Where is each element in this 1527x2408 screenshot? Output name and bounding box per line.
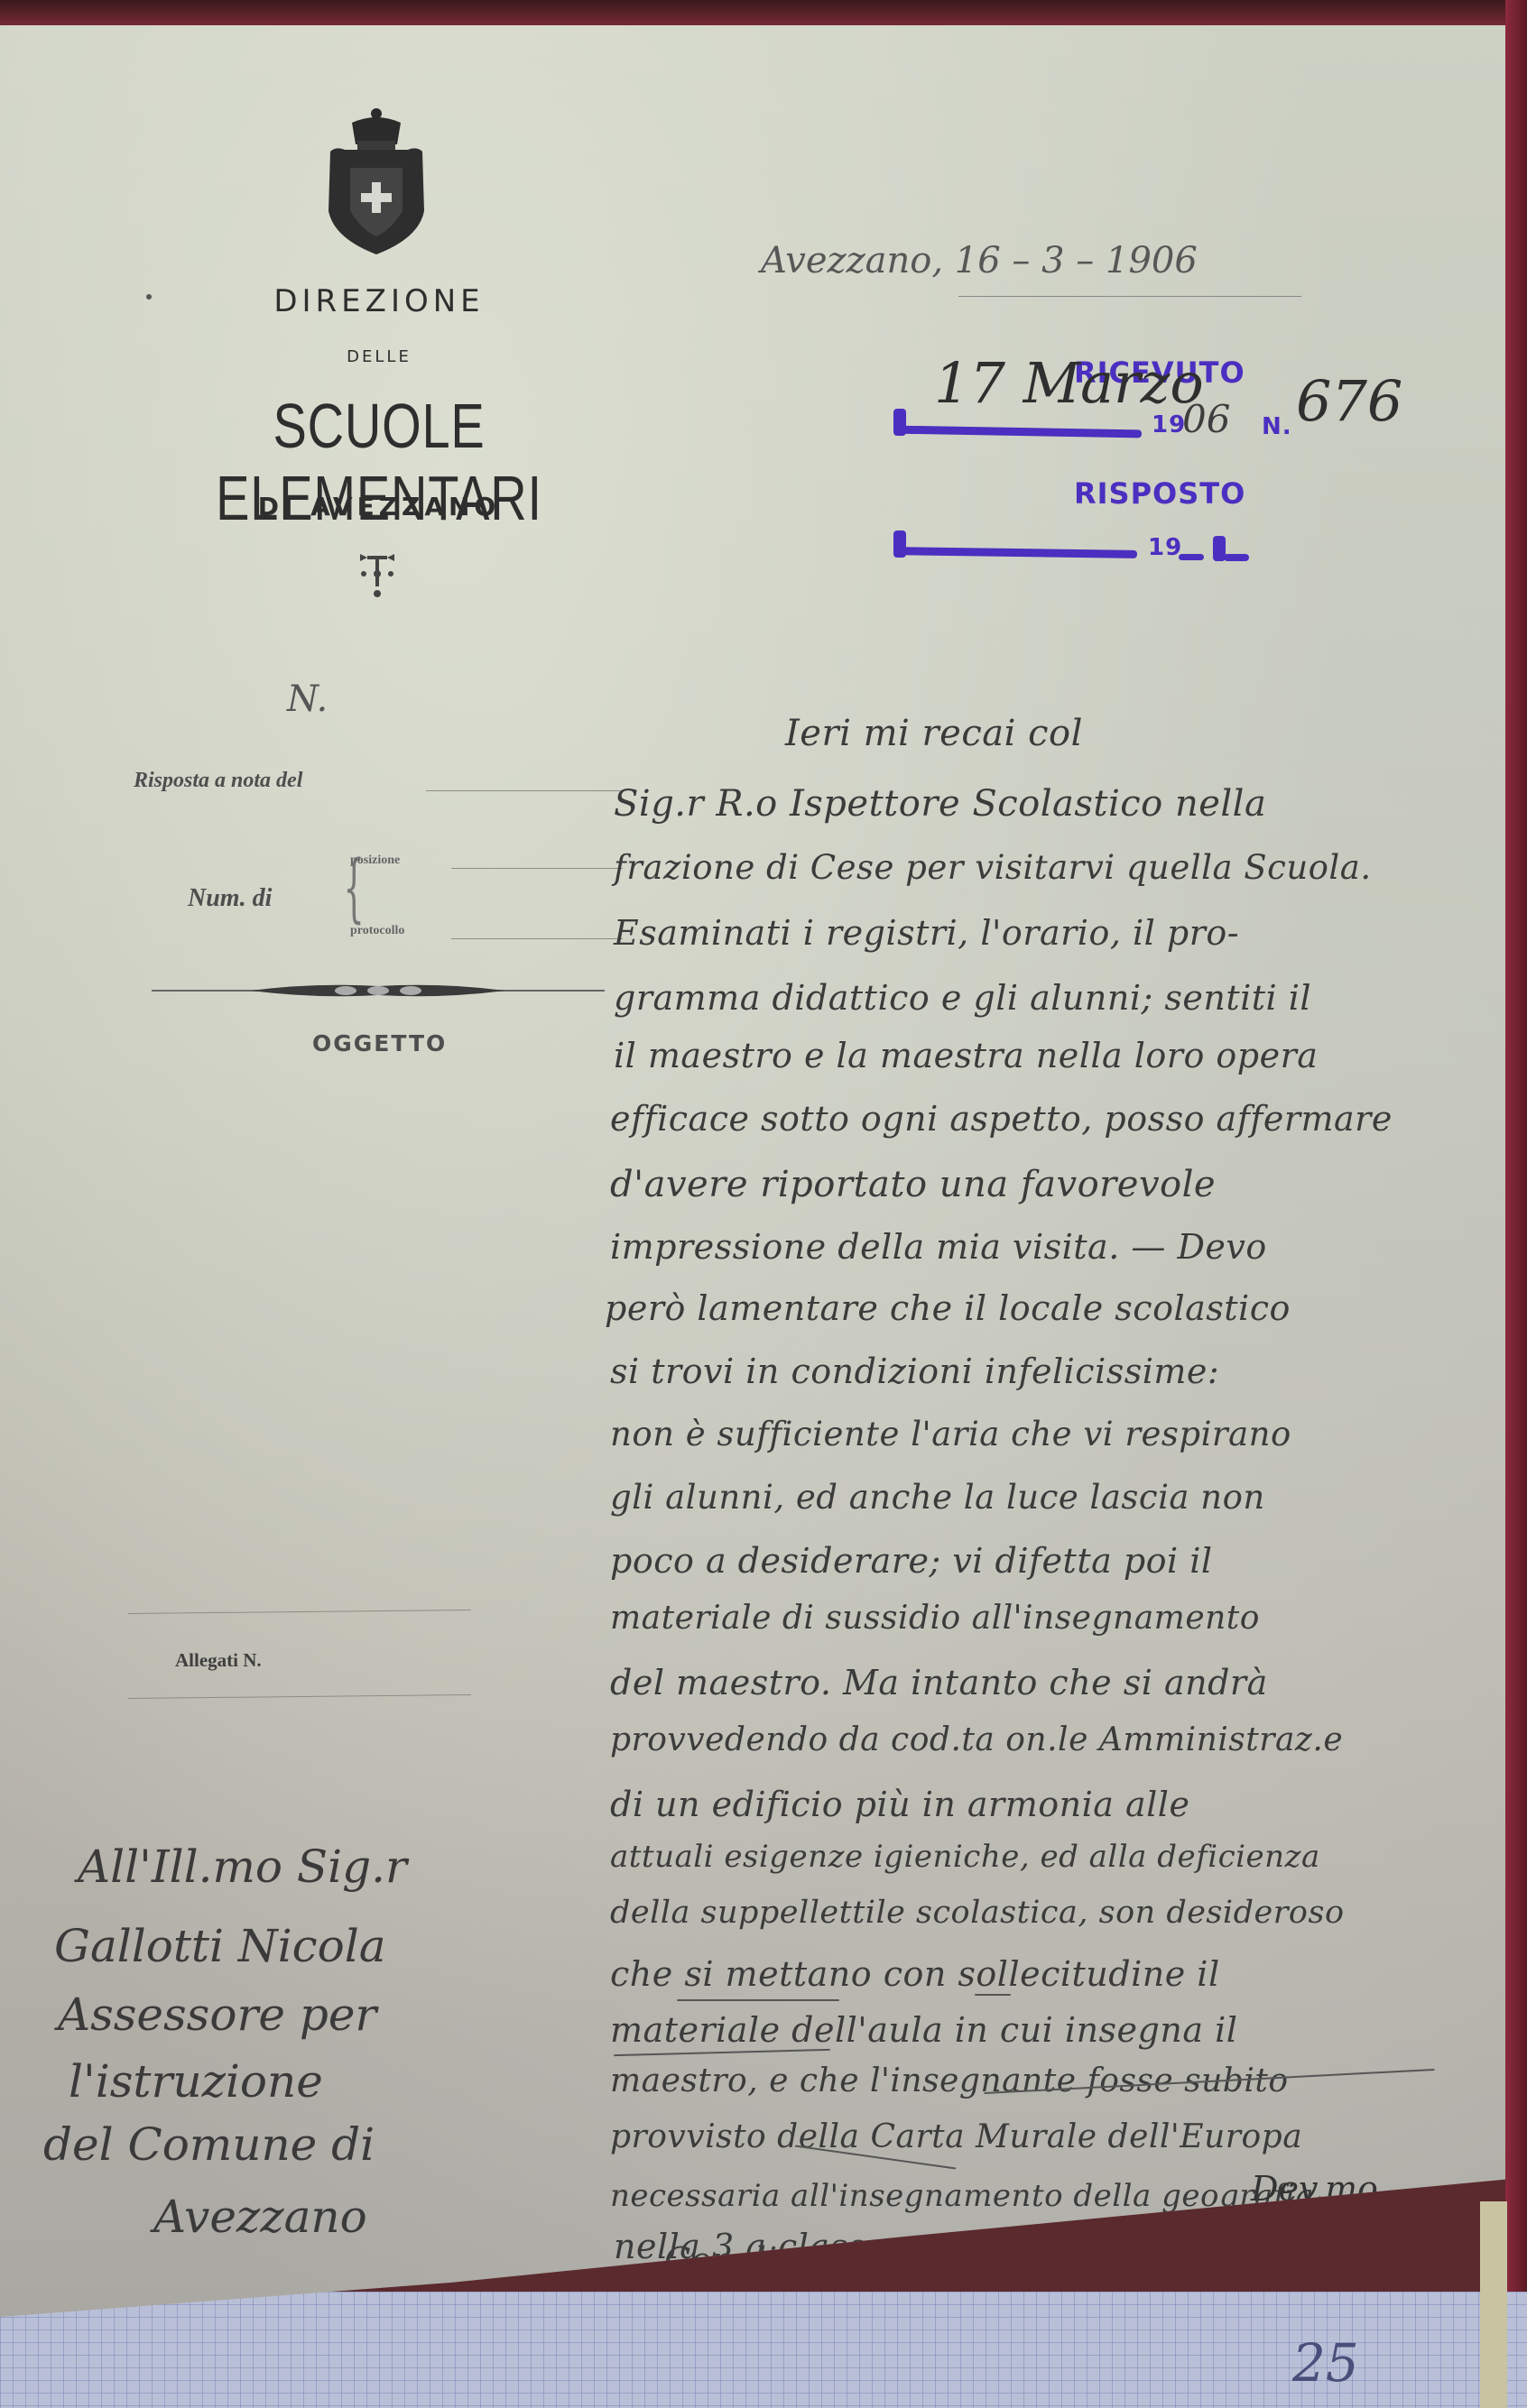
letterhead-direzione: DIREZIONE — [36, 283, 722, 319]
address-line: Avezzano — [153, 2191, 367, 2243]
letterhead-delle: DELLE — [36, 347, 722, 366]
backdrop-right — [1505, 0, 1527, 2408]
body-line: materiale dell'aula in cui insegna il — [610, 2010, 1237, 2050]
posizione-field-line — [451, 868, 623, 869]
body-line: poco a desiderare; vi difetta poi il — [610, 1541, 1213, 1581]
posizione-label: posizione — [350, 853, 400, 868]
stamp-ricevuto-year-prefix: 19 — [1152, 411, 1186, 438]
num-label: Num. di — [188, 884, 272, 913]
divider-ornament-icon — [152, 977, 605, 1004]
fleuron-icon — [356, 547, 398, 601]
side-strip — [1480, 2201, 1507, 2408]
body-line: Esaminati i registri, l'orario, il pro- — [614, 913, 1239, 953]
body-line: d'avere riportato una favorevole — [610, 1164, 1216, 1205]
address-line: l'istruzione — [69, 2055, 323, 2108]
address-line: del Comune di — [43, 2118, 375, 2171]
stamp-protocol-number: 676 — [1296, 368, 1402, 434]
body-line: provvedendo da cod.ta on.le Amministraz.… — [610, 1721, 1343, 1758]
date-underline — [958, 296, 1301, 297]
place-date: Avezzano, 16 – 3 – 1906 — [761, 240, 1198, 281]
closing-line-1: Con distinta stima — [664, 2240, 982, 2280]
signature-name: A. Righetti — [1215, 2218, 1440, 2266]
stamp-ricevuto-n-label: N. — [1262, 413, 1292, 440]
stamp-risposto-n-blank — [1224, 554, 1249, 561]
body-line: materiale di sussidio all'insegnamento — [610, 1600, 1260, 1637]
body-line: efficace sotto ogni aspetto, posso affer… — [610, 1099, 1393, 1139]
letterhead-di-avezzano: DI AVEZZANO — [36, 492, 722, 521]
stamp-received-date-handwritten: 17 Marzo — [934, 350, 1204, 416]
archive-page-number: 25 — [1292, 2332, 1359, 2394]
address-line: Gallotti Nicola — [54, 1920, 386, 1972]
form-initial: N. — [287, 678, 328, 720]
body-line: si trovi in condizioni infelicissime: — [610, 1352, 1219, 1391]
risposta-label: Risposta a nota del — [134, 769, 302, 793]
letter-sheet: DIREZIONE DELLE SCUOLE ELEMENTARI DI AVE… — [0, 25, 1505, 2317]
body-line: Ieri mi recai col — [785, 713, 1083, 754]
body-line: non è sufficiente l'aria che vi respiran… — [610, 1415, 1291, 1453]
body-line: gli alunni, ed anche la luce lascia non — [610, 1478, 1265, 1517]
body-line: della suppellettile scolastica, son desi… — [610, 1895, 1345, 1931]
oggetto-label: OGGETTO — [312, 1030, 447, 1056]
body-line: necessaria all'insegnamento della geogra… — [610, 2178, 1314, 2214]
protocollo-label: protocollo — [350, 924, 404, 938]
body-line: frazione di Cese per visitarvi quella Sc… — [614, 848, 1372, 887]
body-line: di un edificio più in armonia alle — [610, 1785, 1189, 1824]
body-line: provvisto della Carta Murale dell'Europa — [610, 2118, 1302, 2155]
backdrop-top — [0, 0, 1527, 27]
address-line: Assessore per — [58, 1988, 376, 2041]
body-line: che si mettano con sollecitudine il — [610, 1954, 1220, 1994]
protocollo-field-line — [451, 938, 623, 939]
stamp-risposto-year-blank — [1179, 554, 1204, 560]
coat-of-arms-icon — [318, 105, 435, 258]
body-line: gramma didattico e gli alunni; sentiti i… — [614, 978, 1311, 1018]
underline-mark — [614, 2049, 830, 2056]
stamp-ricevuto-line — [893, 426, 1142, 438]
body-line: impressione della mia visita. — Devo — [610, 1227, 1267, 1267]
body-line: però lamentare che il locale scolastico — [605, 1288, 1291, 1328]
body-line: il maestro e la maestra nella loro opera — [614, 1036, 1318, 1075]
body-line: del maestro. Ma intanto che si andrà — [610, 1663, 1268, 1702]
body-line: Sig.r R.o Ispettore Scolastico nella — [614, 783, 1266, 825]
stamp-risposto-label: RISPOSTO — [1074, 476, 1245, 511]
body-line: attuali esigenze igieniche, ed alla defi… — [610, 1839, 1320, 1875]
risposta-field-line — [426, 790, 625, 791]
underline-mark — [677, 1999, 839, 2001]
address-line: All'Ill.mo Sig.r — [78, 1841, 407, 1893]
allegati-bottom-line — [128, 1694, 471, 1699]
stamp-risposto-line — [893, 547, 1137, 558]
underline-mark — [975, 1994, 1011, 1996]
allegati-top-line — [128, 1610, 471, 1614]
stamp-ricevuto-year-suffix: 06 — [1182, 397, 1230, 441]
allegati-label: Allegati N. — [175, 1649, 262, 1672]
signature-devoted: Dev.mo — [1251, 2169, 1378, 2209]
stamp-risposto-year-prefix: 19 — [1148, 534, 1182, 561]
